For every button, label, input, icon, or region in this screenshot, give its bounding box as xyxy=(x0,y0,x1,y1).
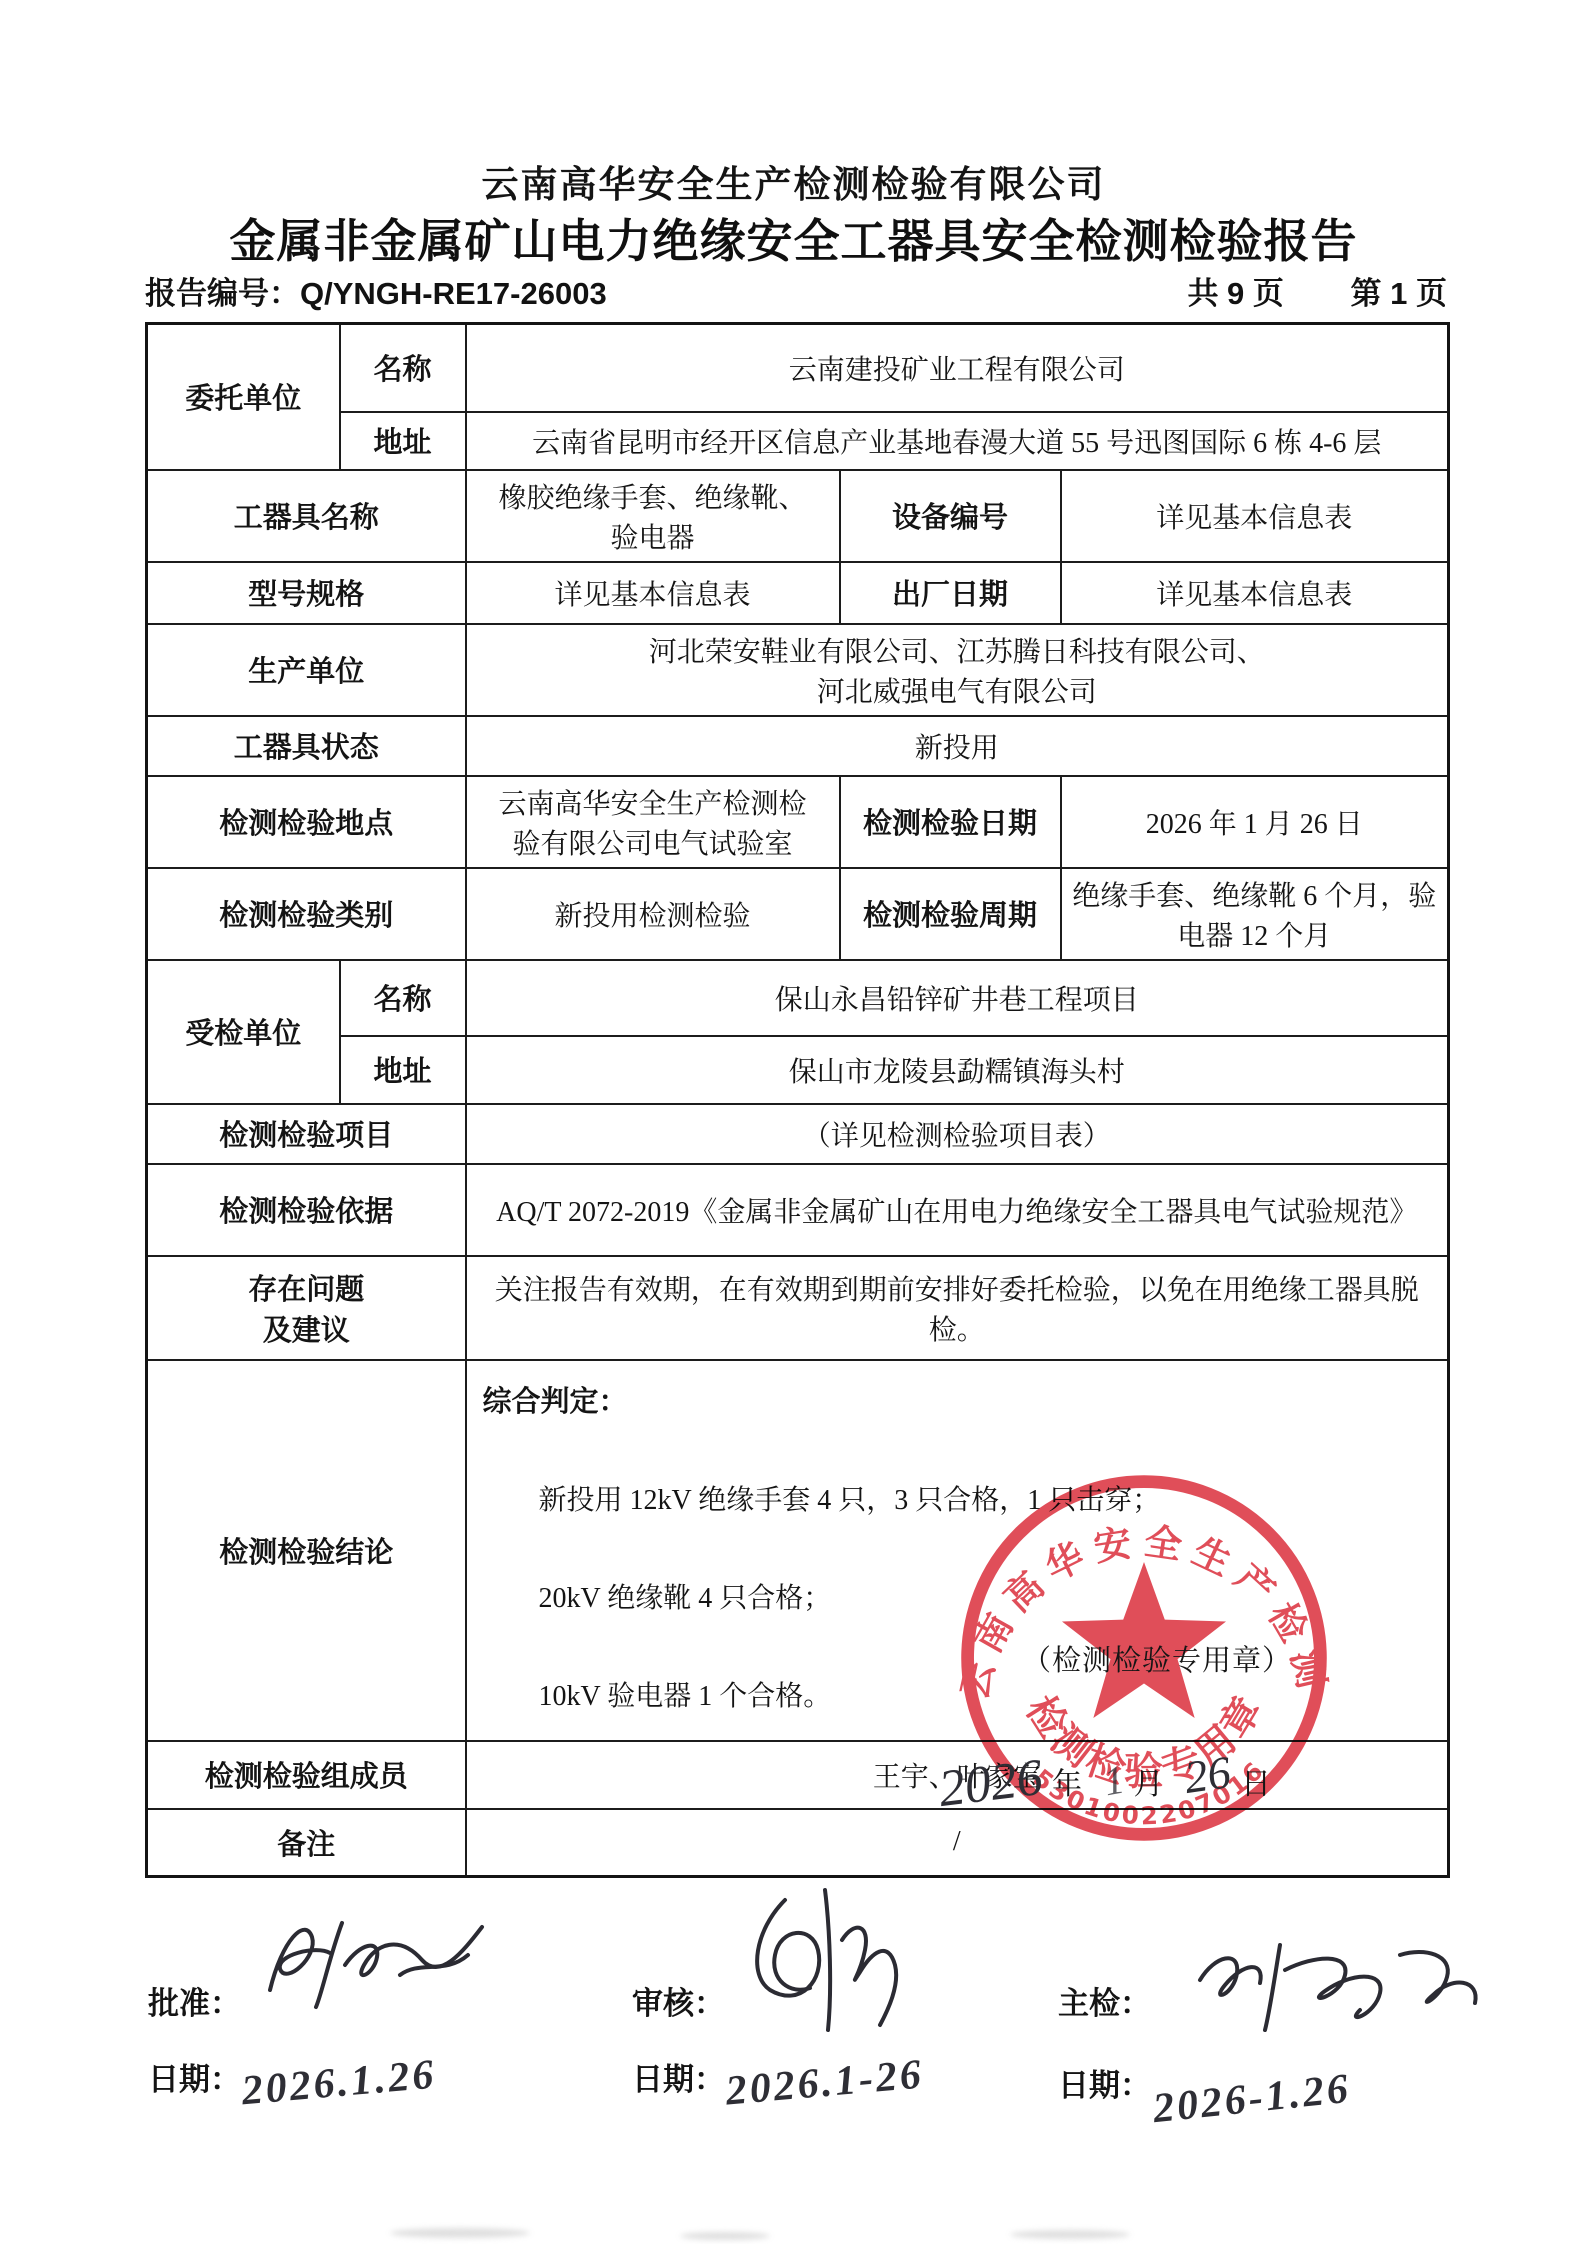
table-row: 地址 云南省昆明市经开区信息产业基地春漫大道 55 号迅图国际 6 栋 4-6 … xyxy=(147,412,1449,470)
place-label: 检测检验地点 xyxy=(147,776,466,868)
producer-label: 生产单位 xyxy=(147,624,466,716)
inspected-name-label: 名称 xyxy=(340,960,466,1036)
inspection-date-value: 2026 年 1 月 26 日 xyxy=(1061,776,1449,868)
review-label: 审核： xyxy=(632,1978,725,2023)
table-row: 委托单位 名称 云南建投矿业工程有限公司 xyxy=(147,324,1449,412)
model-value: 详见基本信息表 xyxy=(466,562,840,624)
mfg-date-label: 出厂日期 xyxy=(840,562,1061,624)
table-row: 检测检验项目 （详见检测检验项目表） xyxy=(147,1104,1449,1164)
team-label: 检测检验组成员 xyxy=(147,1741,466,1809)
inspect-date-handwritten: 2026-1.26 xyxy=(1151,2065,1353,2133)
device-no-label: 设备编号 xyxy=(840,470,1061,562)
client-group-label: 委托单位 xyxy=(147,324,340,470)
status-value: 新投用 xyxy=(466,716,1449,776)
seal-caption: （检测检验专用章） xyxy=(1022,1638,1292,1679)
type-label: 检测检验类别 xyxy=(147,868,466,960)
total-pages: 共 9 页 xyxy=(1187,276,1283,311)
model-label: 型号规格 xyxy=(147,562,466,624)
page-indicator: 共 9 页 第 1 页 xyxy=(1187,268,1447,313)
cycle-label: 检测检验周期 xyxy=(840,868,1061,960)
inspected-addr-value: 保山市龙陵县勐糯镇海头村 xyxy=(466,1036,1449,1104)
basis-label: 检测检验依据 xyxy=(147,1164,466,1256)
place-value: 云南高华安全生产检测检验有限公司电气试验室 xyxy=(466,776,840,868)
conclusion-heading: 综合判定： xyxy=(483,1379,1438,1420)
review-block: 审核： 日期： 2026.1-26 xyxy=(632,1978,924,2101)
items-value: （详见检测检验项目表） xyxy=(466,1104,1449,1164)
issues-label: 存在问题及建议 xyxy=(147,1256,466,1360)
table-row: 检测检验地点 云南高华安全生产检测检验有限公司电气试验室 检测检验日期 2026… xyxy=(147,776,1449,868)
seal-date-month-unit: 月 xyxy=(1134,1768,1164,1801)
scanned-report-page: { "header": { "company": "云南高华安全生产检测检验有限… xyxy=(0,0,1587,2244)
items-label: 检测检验项目 xyxy=(147,1104,466,1164)
tool-name-value: 橡胶绝缘手套、绝缘靴、验电器 xyxy=(466,470,840,562)
basis-value: AQ/T 2072-2019《金属非金属矿山在用电力绝缘安全工器具电气试验规范》 xyxy=(466,1164,1449,1256)
table-row: 型号规格 详见基本信息表 出厂日期 详见基本信息表 xyxy=(147,562,1449,624)
table-row: 生产单位 河北荣安鞋业有限公司、江苏腾日科技有限公司、河北威强电气有限公司 xyxy=(147,624,1449,716)
table-row: 检测检验依据 AQ/T 2072-2019《金属非金属矿山在用电力绝缘安全工器具… xyxy=(147,1164,1449,1256)
table-row: 存在问题及建议 关注报告有效期，在有效期到期前安排好委托检验，以免在用绝缘工器具… xyxy=(147,1256,1449,1360)
conclusion-label: 检测检验结论 xyxy=(147,1360,466,1741)
approve-date-label: 日期： xyxy=(148,2054,241,2099)
issues-value: 关注报告有效期，在有效期到期前安排好委托检验，以免在用绝缘工器具脱检。 xyxy=(466,1256,1449,1360)
client-name-value: 云南建投矿业工程有限公司 xyxy=(466,324,1449,412)
remark-label: 备注 xyxy=(147,1809,466,1877)
seal-date-year-handwritten: 2026 xyxy=(936,1748,1046,1819)
inspection-date-label: 检测检验日期 xyxy=(840,776,1061,868)
current-page: 第 1 页 xyxy=(1351,276,1447,311)
scan-artifact xyxy=(390,2228,530,2238)
device-no-value: 详见基本信息表 xyxy=(1061,470,1449,562)
status-label: 工器具状态 xyxy=(147,716,466,776)
seal-date-month-handwritten: 1 xyxy=(1100,1756,1128,1806)
remark-value: / xyxy=(466,1809,1449,1877)
table-row: 备注 / xyxy=(147,1809,1449,1877)
approve-date-handwritten: 2026.1.26 xyxy=(240,2051,438,2116)
table-row: 检测检验类别 新投用检测检验 检测检验周期 绝缘手套、绝缘靴 6 个月，验电器 … xyxy=(147,868,1449,960)
inspected-addr-label: 地址 xyxy=(340,1036,466,1104)
inspect-date-label: 日期： xyxy=(1058,2060,1151,2105)
review-date-handwritten: 2026.1-26 xyxy=(724,2050,926,2115)
inspect-label: 主检： xyxy=(1058,1978,1151,2023)
table-row: 工器具名称 橡胶绝缘手套、绝缘靴、验电器 设备编号 详见基本信息表 xyxy=(147,470,1449,562)
report-title: 金属非金属矿山电力绝缘安全工器具安全检测检验报告 xyxy=(0,205,1587,271)
report-number: 报告编号：Q/YNGH-RE17-26003 xyxy=(145,268,607,313)
approve-label: 批准： xyxy=(148,1978,241,2023)
scan-artifact xyxy=(680,2232,770,2240)
type-value: 新投用检测检验 xyxy=(466,868,840,960)
seal-date-day-handwritten: 26 xyxy=(1181,1745,1234,1804)
approval-block: 批准： 日期： 2026.1.26 xyxy=(148,1978,436,2101)
tool-name-label: 工器具名称 xyxy=(147,470,466,562)
conclusion-line: 20kV 绝缘靴 4 只合格； xyxy=(539,1576,1438,1616)
conclusion-line: 新投用 12kV 绝缘手套 4 只，3 只合格，1 只击穿； xyxy=(539,1478,1438,1518)
client-name-label: 名称 xyxy=(340,324,466,412)
conclusion-line: 10kV 验电器 1 个合格。 xyxy=(539,1674,1438,1714)
table-row: 工器具状态 新投用 xyxy=(147,716,1449,776)
table-row: 地址 保山市龙陵县勐糯镇海头村 xyxy=(147,1036,1449,1104)
inspected-name-value: 保山永昌铅锌矿井巷工程项目 xyxy=(466,960,1449,1036)
seal-date-day-unit: 日 xyxy=(1241,1768,1271,1801)
client-addr-value: 云南省昆明市经开区信息产业基地春漫大道 55 号迅图国际 6 栋 4-6 层 xyxy=(466,412,1449,470)
table-row: 检测检验结论 综合判定： 新投用 12kV 绝缘手套 4 只，3 只合格，1 只… xyxy=(147,1360,1449,1741)
client-addr-label: 地址 xyxy=(340,412,466,470)
mfg-date-value: 详见基本信息表 xyxy=(1061,562,1449,624)
company-name-heading: 云南高华安全生产检测检验有限公司 xyxy=(0,154,1587,208)
inspected-group-label: 受检单位 xyxy=(147,960,340,1104)
cycle-value: 绝缘手套、绝缘靴 6 个月，验电器 12 个月 xyxy=(1061,868,1449,960)
producer-value: 河北荣安鞋业有限公司、江苏腾日科技有限公司、河北威强电气有限公司 xyxy=(466,624,1449,716)
conclusion-cell: 综合判定： 新投用 12kV 绝缘手套 4 只，3 只合格，1 只击穿； 20k… xyxy=(466,1360,1449,1741)
seal-date-year-unit: 年 xyxy=(1052,1768,1082,1801)
report-meta-line: 报告编号：Q/YNGH-RE17-26003 共 9 页 第 1 页 xyxy=(145,268,1447,313)
seal-date-line: 2026年 1月 26日 xyxy=(938,1748,1285,1807)
inspector-block: 主检： 日期： 2026-1.26 xyxy=(1058,1978,1350,2107)
table-row: 受检单位 名称 保山永昌铅锌矿井巷工程项目 xyxy=(147,960,1449,1036)
review-date-label: 日期： xyxy=(632,2054,725,2099)
scan-artifact xyxy=(1010,2230,1130,2239)
